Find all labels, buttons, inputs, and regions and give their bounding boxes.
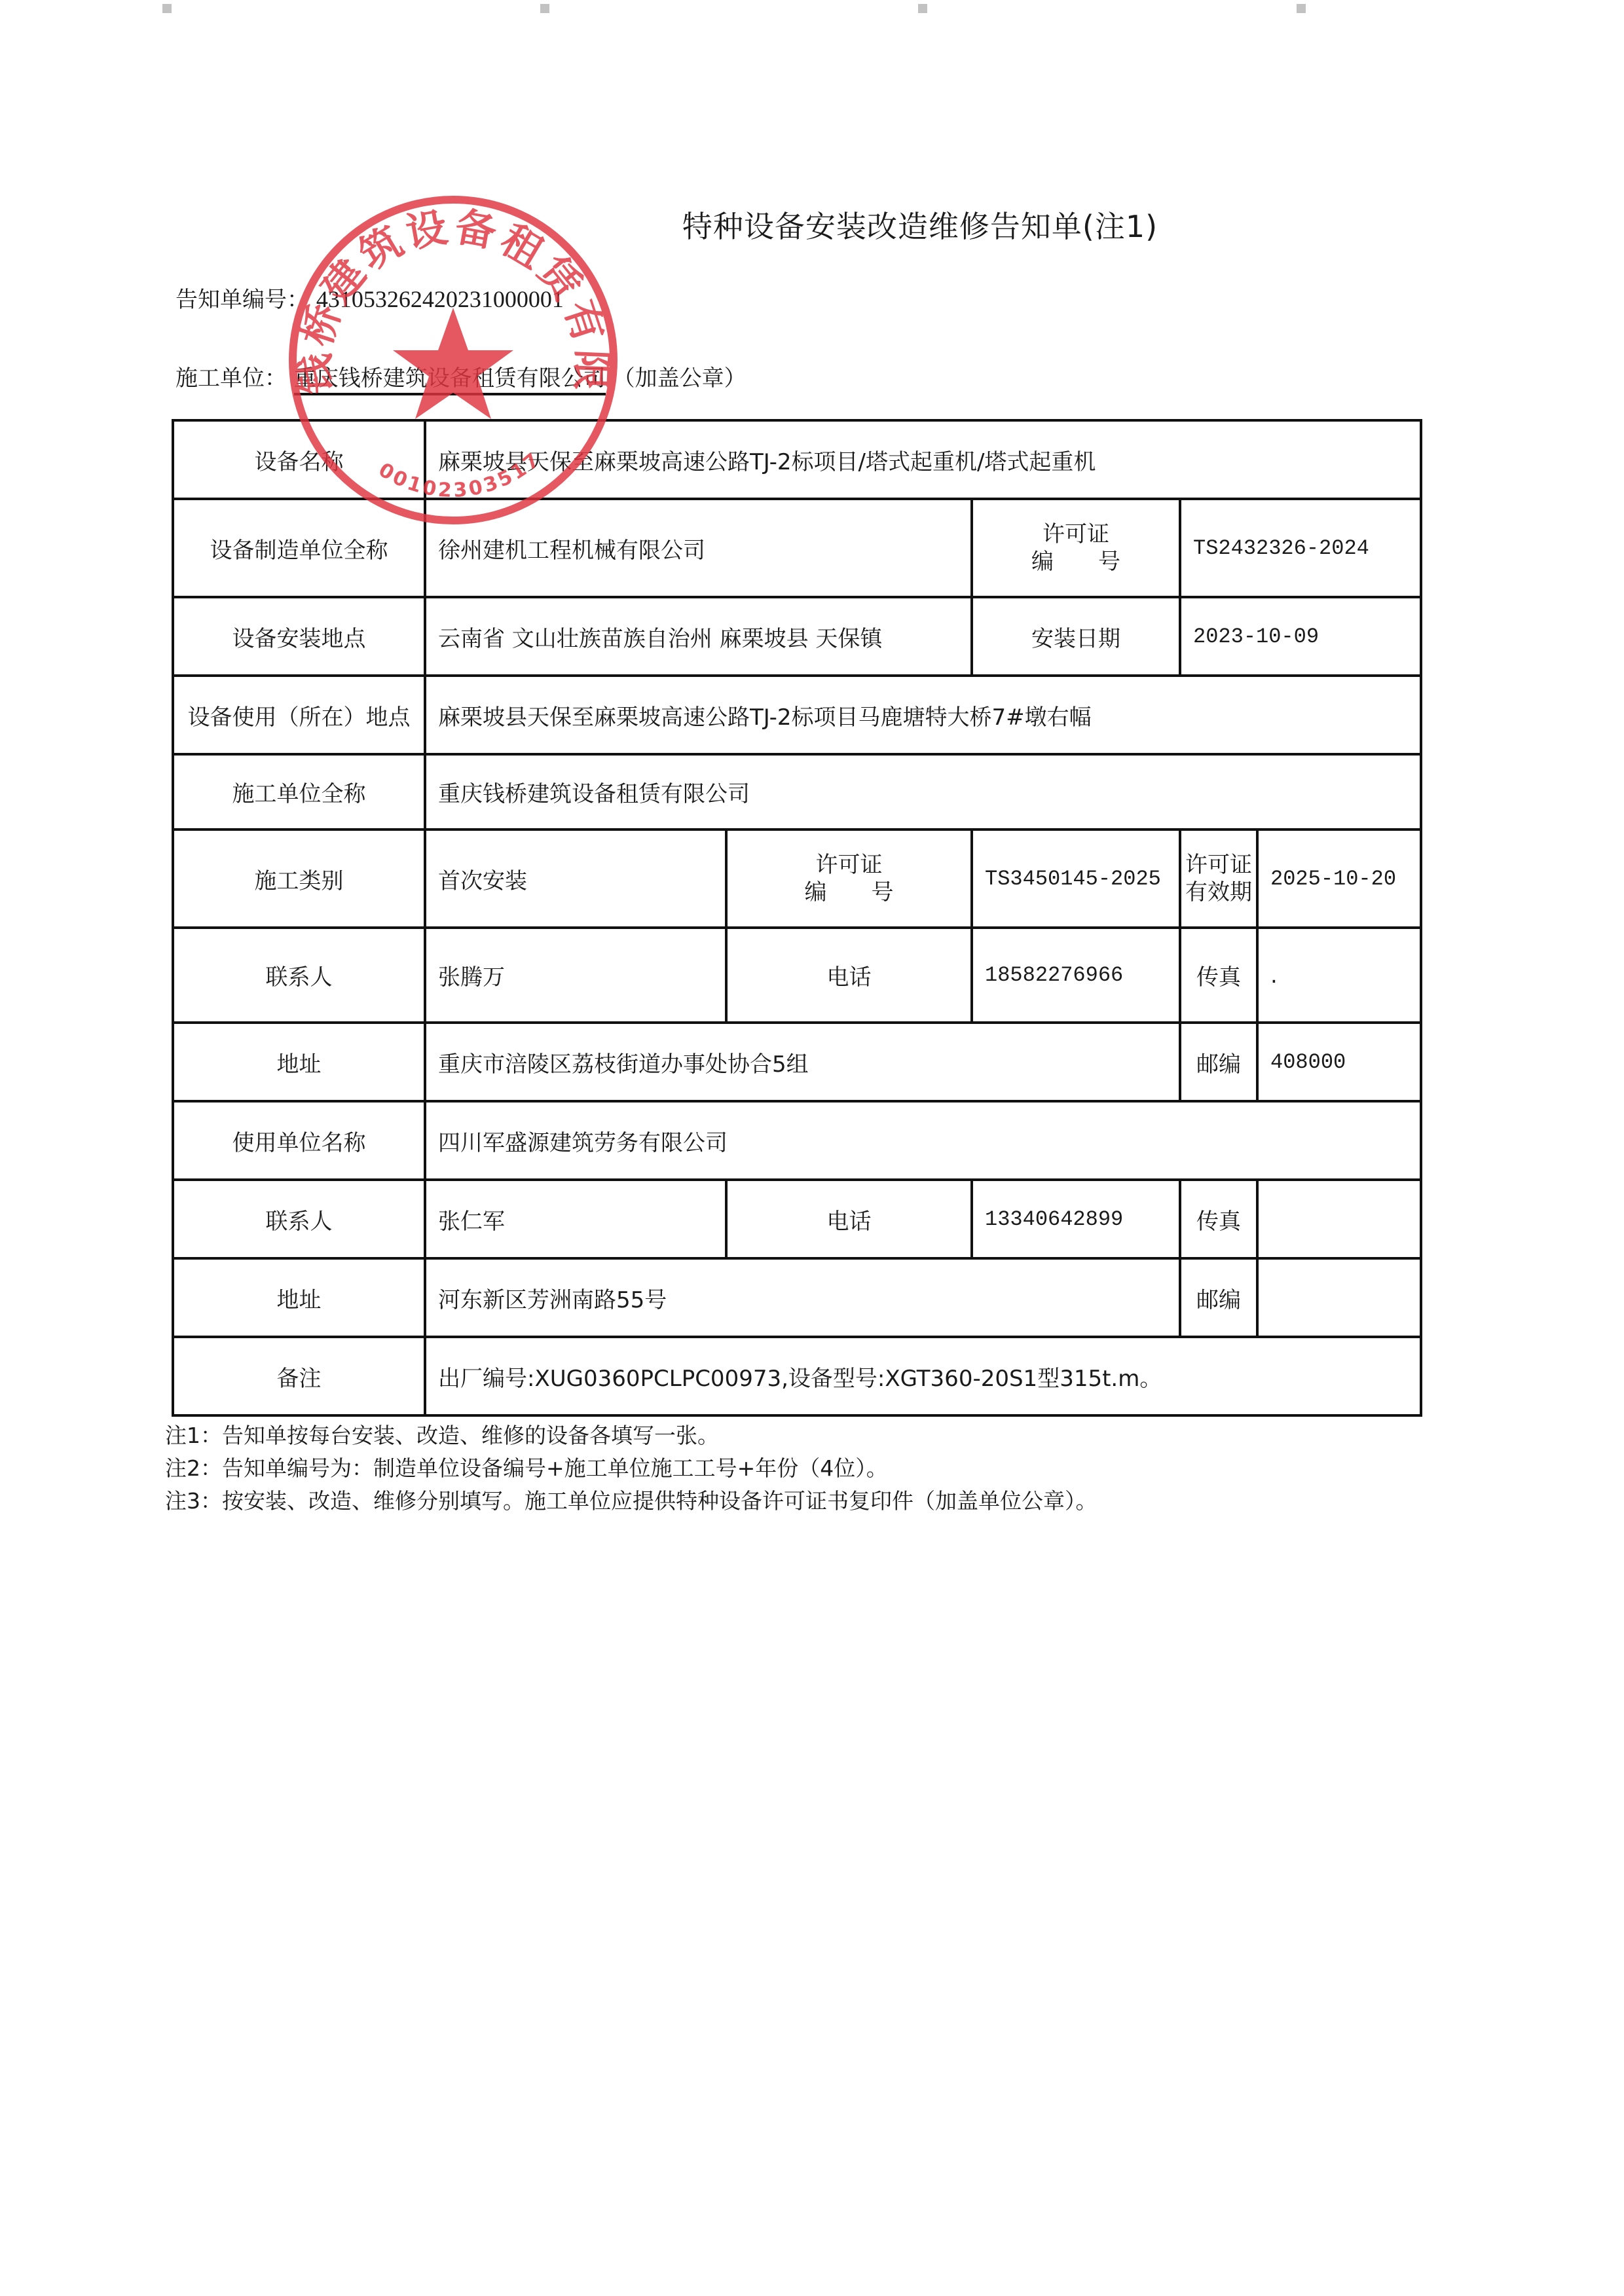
row-contractor-address: 地址 重庆市涪陵区荔枝街道办事处协合5组 邮编 408000 — [173, 1023, 1421, 1101]
install-location-value: 云南省 文山壮族苗族自治州 麻栗坡县 天保镇 — [425, 597, 972, 676]
contractor-fax-label: 传真 — [1180, 928, 1257, 1023]
row-construction-type: 施工类别 首次安装 许可证编 号 TS3450145-2025 许可证有效期 2… — [173, 829, 1421, 928]
contractor-name-value: 重庆钱桥建筑设备租赁有限公司 — [425, 754, 1421, 829]
contractor-phone: 18582276966 — [972, 928, 1180, 1023]
contractor-fax: . — [1257, 928, 1421, 1023]
construction-unit-suffix: （加盖公章） — [613, 365, 747, 392]
row-manufacturer: 设备制造单位全称 徐州建机工程机械有限公司 许可证编 号 TS2432326-2… — [173, 499, 1421, 597]
install-date-label: 安装日期 — [972, 597, 1180, 676]
user-contact-value: 张仁军 — [425, 1180, 726, 1258]
install-location-label: 设备安装地点 — [173, 597, 425, 676]
user-address-label: 地址 — [173, 1258, 425, 1337]
construction-unit-label: 施工单位： — [175, 365, 287, 392]
contractor-address-label: 地址 — [173, 1023, 425, 1101]
remarks-label: 备注 — [173, 1337, 425, 1415]
license-validity-label: 许可证有效期 — [1180, 829, 1257, 928]
row-contractor-contact: 联系人 张腾万 电话 18582276966 传真 . — [173, 928, 1421, 1023]
punch-mark — [162, 4, 172, 13]
install-date: 2023-10-09 — [1180, 597, 1421, 676]
user-phone: 13340642899 — [972, 1180, 1180, 1258]
footnote-3: 注3：按安装、改造、维修分别填写。施工单位应提供特种设备许可证书复印件（加盖单位… — [165, 1485, 1098, 1518]
contractor-contact-value: 张腾万 — [425, 928, 726, 1023]
user-zip-label: 邮编 — [1180, 1258, 1257, 1337]
row-contractor-name: 施工单位全称 重庆钱桥建筑设备租赁有限公司 — [173, 754, 1421, 829]
user-phone-label: 电话 — [726, 1180, 972, 1258]
user-zip — [1257, 1258, 1421, 1337]
contractor-license-no: TS3450145-2025 — [972, 829, 1180, 928]
user-fax-label: 传真 — [1180, 1180, 1257, 1258]
punch-mark — [1297, 4, 1306, 13]
row-install-location: 设备安装地点 云南省 文山壮族苗族自治州 麻栗坡县 天保镇 安装日期 2023-… — [173, 597, 1421, 676]
contractor-address-value: 重庆市涪陵区荔枝街道办事处协合5组 — [425, 1023, 1180, 1101]
user-contact-label: 联系人 — [173, 1180, 425, 1258]
notice-number-line: 告知单编号： 431053262420231000001 — [175, 282, 564, 314]
construction-type-value: 首次安装 — [425, 829, 726, 928]
footnotes: 注1：告知单按每台安装、改造、维修的设备各填写一张。 注2：告知单编号为：制造单… — [165, 1419, 1098, 1518]
manufacturer-license-no: TS2432326-2024 — [1180, 499, 1421, 597]
notice-form-table: 设备名称 麻栗坡县天保至麻栗坡高速公路TJ-2标项目/塔式起重机/塔式起重机 设… — [172, 419, 1422, 1417]
punch-mark — [540, 4, 549, 13]
use-location-label: 设备使用（所在）地点 — [173, 676, 425, 754]
row-user-contact: 联系人 张仁军 电话 13340642899 传真 — [173, 1180, 1421, 1258]
equipment-name-value: 麻栗坡县天保至麻栗坡高速公路TJ-2标项目/塔式起重机/塔式起重机 — [425, 420, 1421, 499]
manufacturer-license-label: 许可证编 号 — [972, 499, 1180, 597]
row-remarks: 备注 出厂编号:XUG0360PCLPC00973,设备型号:XGT360-20… — [173, 1337, 1421, 1415]
contractor-contact-label: 联系人 — [173, 928, 425, 1023]
construction-unit-line: 施工单位： 重庆钱桥建筑设备租赁有限公司 （加盖公章） — [175, 360, 747, 392]
contractor-zip-label: 邮编 — [1180, 1023, 1257, 1101]
punch-mark — [918, 4, 927, 13]
row-user-unit: 使用单位名称 四川军盛源建筑劳务有限公司 — [173, 1101, 1421, 1180]
user-unit-value: 四川军盛源建筑劳务有限公司 — [425, 1101, 1421, 1180]
user-fax — [1257, 1180, 1421, 1258]
manufacturer-value: 徐州建机工程机械有限公司 — [425, 499, 972, 597]
contractor-license-label: 许可证编 号 — [726, 829, 972, 928]
remarks-value: 出厂编号:XUG0360PCLPC00973,设备型号:XGT360-20S1型… — [425, 1337, 1421, 1415]
license-validity: 2025-10-20 — [1257, 829, 1421, 928]
construction-unit-value: 重庆钱桥建筑设备租赁有限公司 — [294, 365, 606, 395]
contractor-phone-label: 电话 — [726, 928, 972, 1023]
footnote-2: 注2：告知单编号为：制造单位设备编号+施工单位施工工号+年份（4位）。 — [165, 1452, 1098, 1485]
contractor-zip: 408000 — [1257, 1023, 1421, 1101]
document-title: 特种设备安装改造维修告知单(注1) — [0, 203, 1624, 246]
equipment-name-label: 设备名称 — [173, 420, 425, 499]
row-user-address: 地址 河东新区芳洲南路55号 邮编 — [173, 1258, 1421, 1337]
notice-number: 431053262420231000001 — [316, 286, 564, 312]
row-equipment-name: 设备名称 麻栗坡县天保至麻栗坡高速公路TJ-2标项目/塔式起重机/塔式起重机 — [173, 420, 1421, 499]
contractor-name-label: 施工单位全称 — [173, 754, 425, 829]
user-address-value: 河东新区芳洲南路55号 — [425, 1258, 1180, 1337]
manufacturer-label: 设备制造单位全称 — [173, 499, 425, 597]
notice-number-label: 告知单编号： — [175, 287, 309, 313]
user-unit-label: 使用单位名称 — [173, 1101, 425, 1180]
use-location-value: 麻栗坡县天保至麻栗坡高速公路TJ-2标项目马鹿塘特大桥7#墩右幅 — [425, 676, 1421, 754]
construction-type-label: 施工类别 — [173, 829, 425, 928]
row-use-location: 设备使用（所在）地点 麻栗坡县天保至麻栗坡高速公路TJ-2标项目马鹿塘特大桥7#… — [173, 676, 1421, 754]
footnote-1: 注1：告知单按每台安装、改造、维修的设备各填写一张。 — [165, 1419, 1098, 1452]
